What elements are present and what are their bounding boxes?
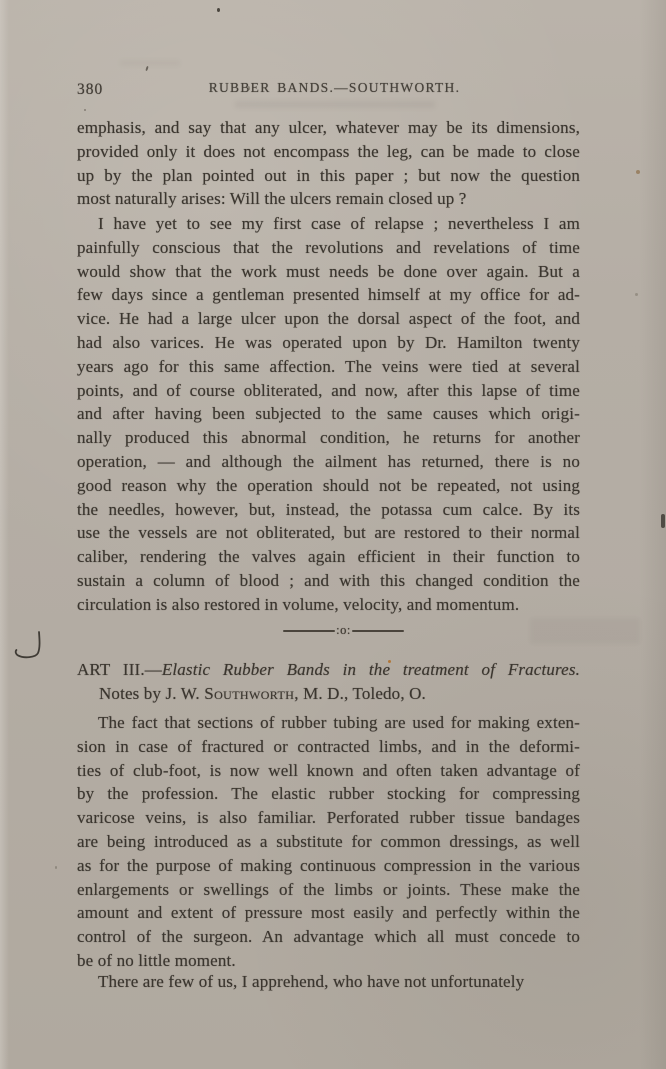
byline-prefix: Notes by J. W. — [99, 684, 204, 703]
article-number: ART III.— — [77, 660, 162, 679]
paragraph-1: emphasis, and say that any ulcer, whatev… — [77, 116, 580, 211]
paragraph-3: The fact that sections of rubber tubing … — [77, 711, 580, 973]
text-line: nally produced this abnormal condition, … — [77, 426, 580, 450]
text-line: by the profession. The elastic rubber st… — [77, 782, 580, 806]
margin-pen-mark — [12, 629, 46, 663]
page-number: 380 — [77, 81, 103, 99]
text-line: emphasis, and say that any ulcer, whatev… — [77, 116, 580, 140]
text-line: and after having been subjected to the s… — [77, 402, 580, 426]
paper-speck — [635, 293, 638, 296]
divider-ornament: :o: — [335, 624, 352, 637]
text-line: operation, — and although the ailment ha… — [77, 450, 580, 474]
paper-speck — [636, 170, 640, 174]
text-line: would show that the work must needs be d… — [77, 260, 580, 284]
bleedthrough-ghost — [235, 101, 435, 108]
text-line: I have yet to see my first case of relap… — [77, 212, 580, 236]
text-line: sion in case of fractured or contracted … — [77, 735, 580, 759]
text-line: as for the purpose of making continuous … — [77, 854, 580, 878]
divider-rule-left — [283, 630, 335, 632]
text-line: up by the plan pointed out in this paper… — [77, 164, 580, 188]
article-title-line: ART III.—Elastic Rubber Bands in the tre… — [77, 658, 580, 682]
text-line: painfully conscious that the revolutions… — [77, 236, 580, 260]
text-line: There are few of us, I apprehend, who ha… — [77, 970, 580, 994]
paragraph-4: There are few of us, I apprehend, who ha… — [77, 970, 580, 994]
section-divider: :o: — [77, 622, 580, 640]
scanned-journal-page: 380 RUBBER BANDS.—SOUTHWORTH. emphasis, … — [0, 0, 666, 1069]
paper-speck — [145, 66, 148, 71]
bleedthrough-ghost — [530, 618, 640, 644]
paragraph-2: I have yet to see my first case of relap… — [77, 212, 580, 617]
text-line: The fact that sections of rubber tubing … — [77, 711, 580, 735]
article-heading: ART III.—Elastic Rubber Bands in the tre… — [77, 658, 580, 707]
text-line: sustain a column of blood ; and with thi… — [77, 569, 580, 593]
text-line: use the vessels are not obliterated, but… — [77, 521, 580, 545]
text-line: few days since a gentleman presented him… — [77, 283, 580, 307]
author-name: Southworth — [204, 684, 294, 703]
text-line: had also varices. He was operated upon b… — [77, 331, 580, 355]
paper-speck — [388, 660, 391, 663]
text-line: are being introduced as a substitute for… — [77, 830, 580, 854]
text-line: most naturally arises: Will the ulcers r… — [77, 187, 580, 211]
text-line: years ago for this same affection. The v… — [77, 355, 580, 379]
page-edge-mark — [661, 514, 665, 528]
text-line: amount and extent of pressure most easil… — [77, 901, 580, 925]
running-head: RUBBER BANDS.—SOUTHWORTH. — [77, 80, 580, 96]
text-line: circulation is also restored in volume, … — [77, 593, 580, 617]
paper-speck — [217, 8, 220, 12]
text-line: enlargements or swellings of the limbs o… — [77, 878, 580, 902]
divider-rule-right — [352, 630, 404, 632]
byline-suffix: , M. D., Toledo, O. — [294, 684, 426, 703]
text-line: ties of club-foot, is now well known and… — [77, 759, 580, 783]
text-line: varicose veins, is also familiar. Perfor… — [77, 806, 580, 830]
text-line: vice. He had a large ulcer upon the dors… — [77, 307, 580, 331]
text-line: good reason why the operation should not… — [77, 474, 580, 498]
page-header: 380 RUBBER BANDS.—SOUTHWORTH. — [77, 80, 580, 102]
article-title: Elastic Rubber Bands in the treatment of… — [162, 660, 580, 679]
paper-speck — [55, 866, 57, 869]
text-line: provided only it does not encompass the … — [77, 140, 580, 164]
text-line: caliber, rendering the valves again effi… — [77, 545, 580, 569]
text-line: the needles, however, but, instead, the … — [77, 498, 580, 522]
bleedthrough-ghost — [120, 60, 180, 66]
paper-speck — [84, 109, 86, 111]
article-byline: Notes by J. W. Southworth, M. D., Toledo… — [77, 682, 580, 706]
text-line: control of the surgeon. An advantage whi… — [77, 925, 580, 949]
text-line: points, and of course obliterated, and n… — [77, 379, 580, 403]
